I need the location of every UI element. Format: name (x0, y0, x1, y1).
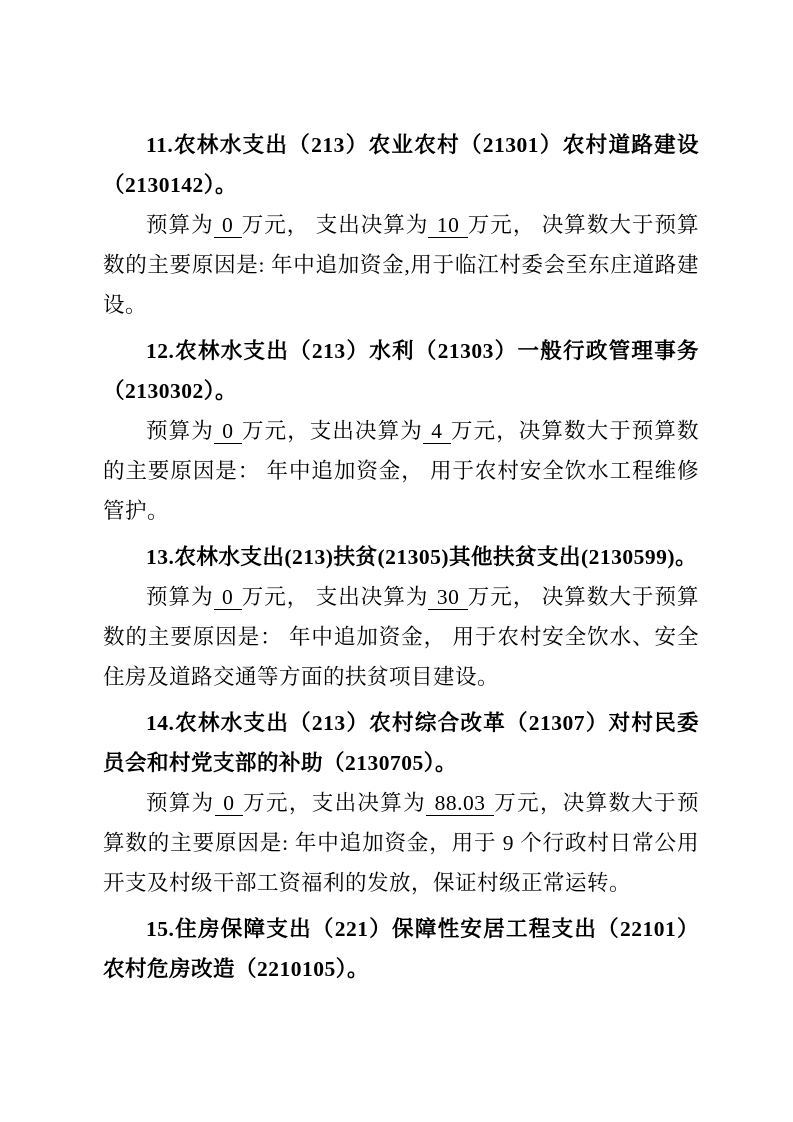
paragraph-text: 万元，支出决算为 (243, 791, 426, 815)
underlined-amount-value: 0 (214, 419, 242, 444)
budget-section: 14.农林水支出（213）农村综合改革（21307）对村民委员会和村党支部的补助… (103, 703, 699, 903)
underlined-amount-value: 0 (214, 213, 242, 238)
underlined-amount-value: 10 (428, 213, 467, 238)
underlined-amount-value: 88.03 (426, 791, 494, 816)
budget-section: 15.住房保障支出（221）保障性安居工程支出（22101）农村危房改造（221… (103, 909, 699, 989)
budget-section: 12.农林水支出（213）水利（21303）一般行政管理事务（2130302）。… (103, 331, 699, 531)
section-heading: 12.农林水支出（213）水利（21303）一般行政管理事务（2130302）。 (103, 331, 699, 411)
paragraph-text: 万元，支出决算为 (242, 419, 423, 443)
section-paragraph: 预算为 0 万元， 支出决算为 10 万元， 决算数大于预算数的主要原因是: 年… (103, 205, 699, 325)
budget-section: 11.农林水支出（213）农业农村（21301）农村道路建设（2130142）。… (103, 125, 699, 325)
underlined-amount-value: 0 (215, 791, 244, 816)
paragraph-text: 万元， 支出决算为 (242, 213, 429, 237)
paragraph-text: 万元， 支出决算为 (242, 585, 429, 609)
section-paragraph: 预算为 0 万元， 支出决算为 30 万元， 决算数大于预算数的主要原因是： 年… (103, 577, 699, 697)
paragraph-text: 预算为 (146, 585, 214, 609)
section-paragraph: 预算为 0 万元，支出决算为 4 万元，决算数大于预算数的主要原因是： 年中追加… (103, 411, 699, 531)
section-paragraph: 预算为 0 万元，支出决算为 88.03 万元，决算数大于预算数的主要原因是: … (103, 783, 699, 903)
budget-section: 13.农林水支出(213)扶贫(21305)其他扶贫支出(2130599)。 预… (103, 537, 699, 697)
paragraph-text: 预算为 (146, 791, 215, 815)
section-heading: 15.住房保障支出（221）保障性安居工程支出（22101）农村危房改造（221… (103, 909, 699, 989)
section-heading: 11.农林水支出（213）农业农村（21301）农村道路建设（2130142）。 (103, 125, 699, 205)
document-page: 11.农林水支出（213）农业农村（21301）农村道路建设（2130142）。… (0, 0, 793, 1122)
paragraph-text: 预算为 (146, 419, 214, 443)
underlined-amount-value: 0 (214, 585, 242, 610)
document-content: 11.农林水支出（213）农业农村（21301）农村道路建设（2130142）。… (103, 125, 699, 989)
underlined-amount-value: 4 (423, 419, 451, 444)
underlined-amount-value: 30 (428, 585, 467, 610)
paragraph-text: 预算为 (146, 213, 214, 237)
section-heading: 14.农林水支出（213）农村综合改革（21307）对村民委员会和村党支部的补助… (103, 703, 699, 783)
section-heading: 13.农林水支出(213)扶贫(21305)其他扶贫支出(2130599)。 (103, 537, 699, 577)
